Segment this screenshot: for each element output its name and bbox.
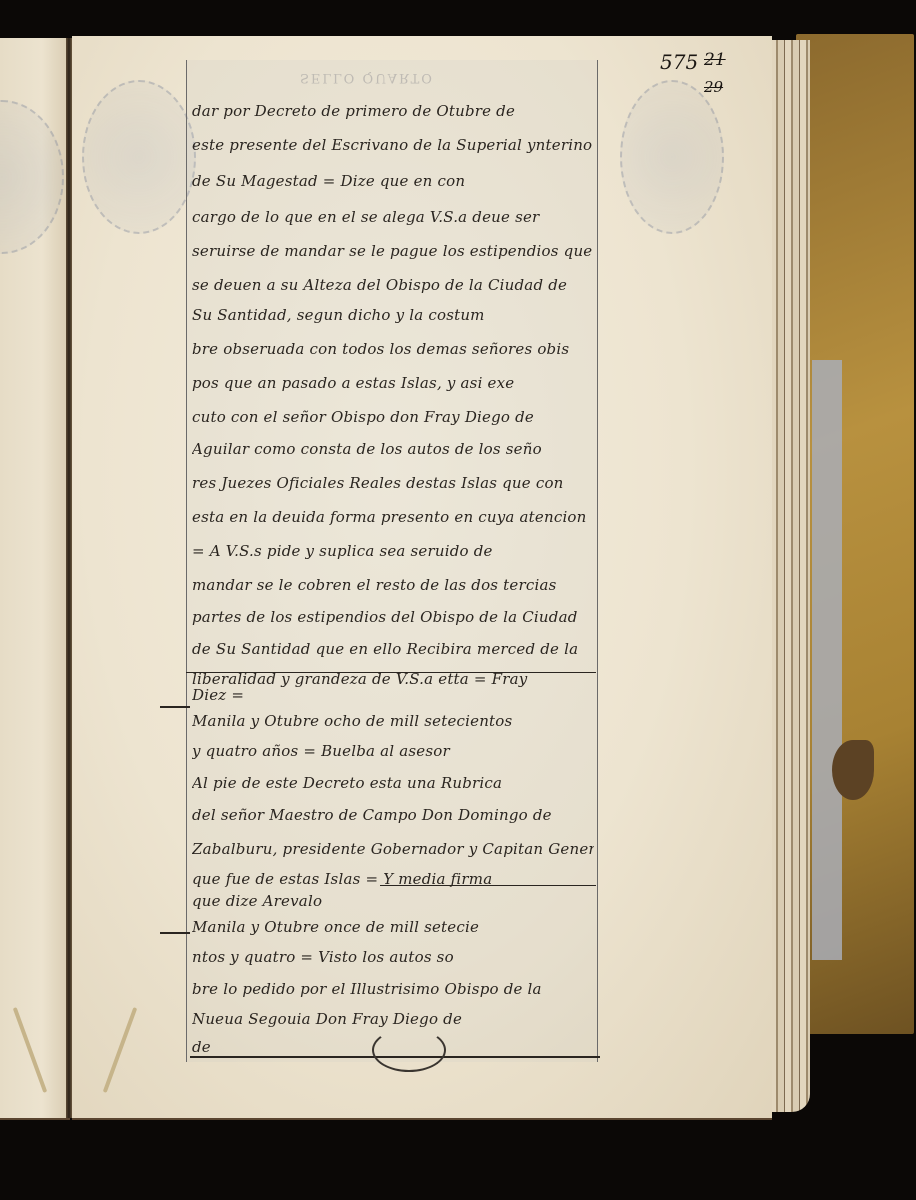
margin-dash (160, 932, 190, 934)
seal-stamp-mid (82, 80, 196, 234)
folio-number: 575 21 29 (660, 50, 698, 74)
text-line: de (192, 1038, 232, 1056)
text-line: dar por Decreto de primero de Otubre de (192, 102, 594, 120)
manuscript-scan: SELLO QUARTO 575 21 29 dar por Decreto d… (0, 0, 916, 1200)
text-line: de Su Santidad que en ello Recibira merc… (192, 640, 594, 658)
text-line: cargo de lo que en el se alega V.S.a deu… (192, 208, 594, 226)
text-line: Zabalburu, presidente Gobernador y Capit… (192, 840, 594, 858)
margin-dash (160, 706, 190, 708)
section-divider (186, 672, 596, 673)
seal-stamp-right (620, 80, 724, 234)
text-line: Diez = (192, 686, 594, 704)
text-line: cuto con el señor Obispo don Fray Diego … (192, 408, 594, 426)
folio-old-1: 21 (704, 50, 726, 70)
text-line: que dize Arevalo (192, 892, 594, 910)
section-divider (380, 885, 596, 886)
text-line: este presente del Escrivano de la Superi… (192, 136, 594, 154)
text-line: partes de los estipendios del Obispo de … (192, 608, 594, 626)
text-line: mandar se le cobren el resto de las dos … (192, 576, 594, 594)
text-line: bre lo pedido por el Illustrisimo Obispo… (192, 980, 594, 998)
text-line: de Su Magestad = Dize que en con (192, 172, 594, 190)
rubric-flourish (372, 1028, 446, 1072)
text-line: Aguilar como consta de los autos de los … (192, 440, 594, 458)
text-line: Nueua Segouia Don Fray Diego de (192, 1010, 594, 1028)
text-line: res Juezes Oficiales Reales destas Islas… (192, 474, 594, 492)
text-line: Al pie de este Decreto esta una Rubrica (192, 774, 594, 792)
text-line: Su Santidad, segun dicho y la costum (192, 306, 594, 324)
text-line: se deuen a su Alteza del Obispo de la Ci… (192, 276, 594, 294)
cover-damage (832, 740, 874, 800)
text-line: ntos y quatro = Visto los autos so (192, 948, 594, 966)
text-line: bre obseruada con todos los demas señore… (192, 340, 594, 358)
text-line: del señor Maestro de Campo Don Domingo d… (192, 806, 594, 824)
text-line: y quatro años = Buelba al asesor (192, 742, 594, 760)
cover-paper-strip (812, 360, 842, 960)
text-line: esta en la deuida forma presento en cuya… (192, 508, 594, 526)
text-line: Manila y Otubre ocho de mill setecientos (192, 712, 594, 730)
folio-current: 575 (660, 50, 698, 74)
folio-old-2: 29 (704, 78, 723, 96)
text-line: = A V.S.s pide y suplica sea seruido de (192, 542, 594, 560)
text-line: pos que an pasado a estas Islas, y asi e… (192, 374, 594, 392)
text-line: seruirse de mandar se le pague los estip… (192, 242, 594, 260)
text-line: Manila y Otubre once de mill setecie (192, 918, 594, 936)
